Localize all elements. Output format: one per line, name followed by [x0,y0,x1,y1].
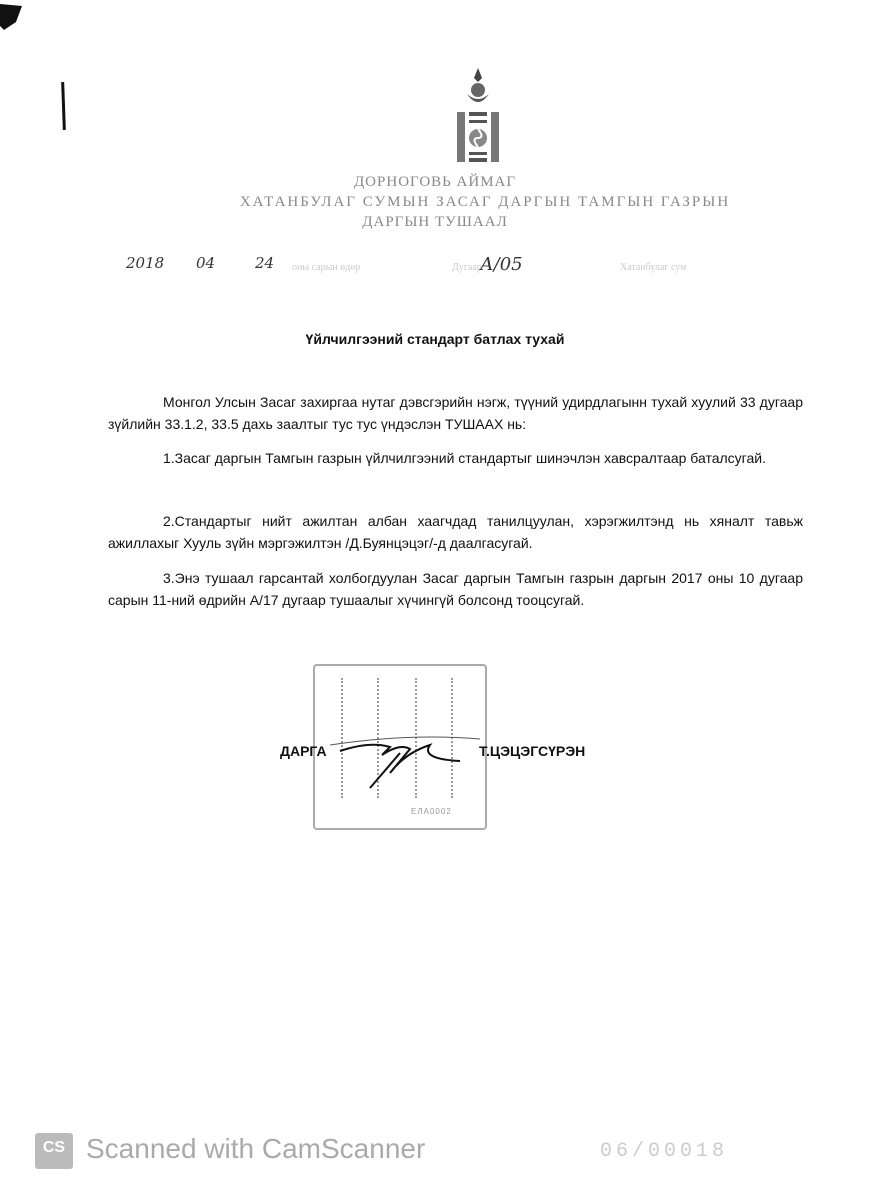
paragraph-text: 1.Засаг даргын Тамгын газрын үйлчилгээни… [163,450,766,466]
paragraph-item-1: 1.Засаг даргын Тамгын газрын үйлчилгээни… [108,447,803,469]
date-year: 2018 [126,254,164,272]
paragraph-text: 3.Энэ тушаал гарсантай холбогдуулан Заса… [108,570,803,608]
signature-icon [330,733,480,793]
place-label: Хатанбулаг сум [620,262,686,273]
date-label: оны сарын өдөр [292,262,360,273]
number-label: Дугаар [452,262,482,273]
date-month: 04 [196,254,215,272]
camscanner-watermark: Scanned with CamScanner [86,1133,425,1165]
stamp-code: ЕЛА0002 [411,807,452,816]
paragraph-preamble: Монгол Улсын Засаг захиргаа нутаг дэвсгэ… [108,391,803,435]
page-number-stamp: 06/00018 [600,1140,728,1163]
camscanner-logo-icon: CS [35,1133,73,1169]
header-office: ХАТАНБУЛАГ СУМЫН ЗАСАГ ДАРГЫН ТАМГЫН ГАЗ… [50,194,870,211]
signatory-name: Т.ЦЭЦЭГСҮРЭН [479,743,585,759]
paragraph-item-3: 3.Энэ тушаал гарсантай холбогдуулан Заса… [108,567,803,611]
header-province: ДОРНОГОВЬ АЙМАГ [0,174,870,191]
paragraph-text: 2.Стандартыг нийт ажилтан албан хаагчдад… [108,513,803,551]
paragraph-text: Монгол Улсын Засаг захиргаа нутаг дэвсгэ… [108,394,803,432]
paragraph-item-2: 2.Стандартыг нийт ажилтан албан хаагчдад… [108,510,803,554]
signatory-title: ДАРГА [280,743,327,759]
scan-corner-artifact [0,0,24,34]
date-day: 24 [255,254,274,272]
state-emblem-icon [455,68,501,170]
order-number: А/05 [480,254,523,275]
document-title: Үйлчилгээний стандарт батлах тухай [0,331,870,347]
header-doc-type: ДАРГЫН ТУШААЛ [0,214,870,231]
margin-mark [61,82,66,130]
